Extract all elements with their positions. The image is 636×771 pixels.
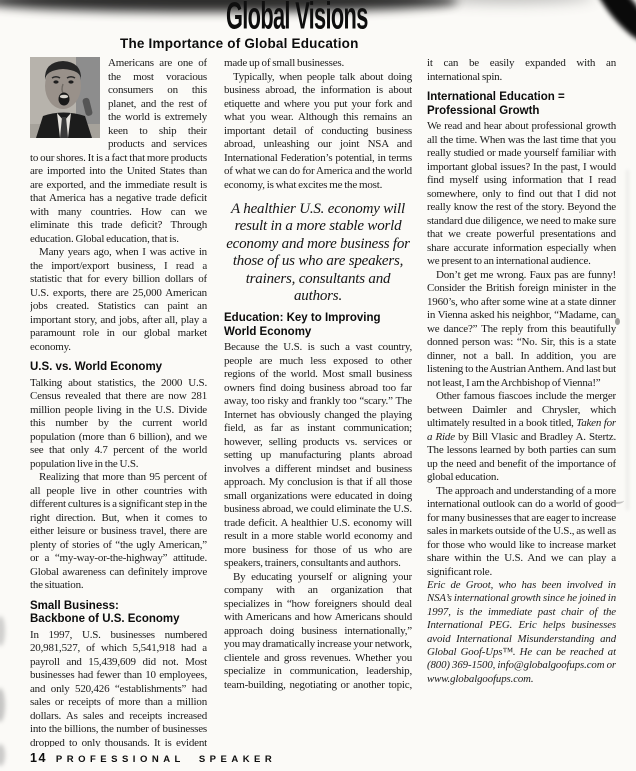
paragraph: By educating yourself or aligning your c… [224, 571, 412, 693]
scan-speck [615, 318, 620, 325]
paragraph: In 1997, U.S. businesses numbered 20,981… [30, 629, 207, 748]
heading-line: World Economy [224, 326, 311, 338]
author-portrait-image [30, 57, 100, 138]
section-heading-small-business: Small Business:Backbone of U.S. Economy [30, 600, 207, 627]
paragraph: Don’t get me wrong. Faux pas are funny! … [427, 269, 616, 391]
paragraph: Other famous fiascoes include the merger… [427, 390, 616, 485]
scan-edge-mark [0, 744, 5, 766]
heading-line: Backbone of U.S. Economy [30, 613, 180, 625]
heading-line: International Education = [427, 91, 565, 103]
heading-line: Education: Key to Improving [224, 312, 381, 324]
scan-edge-mark [0, 688, 5, 722]
heading-line: Professional Growth [427, 105, 539, 117]
column-2: made up of small businesses. Typically, … [224, 57, 412, 747]
column-3: it can be easily expanded with an intern… [427, 57, 616, 747]
paragraph: We read and hear about professional grow… [427, 120, 616, 269]
paragraph: Realizing that more than 95 percent of a… [30, 471, 207, 593]
ink-smudge-right [420, 0, 595, 3]
paragraph-text: by Bill Vlasic and Bradley A. Stertz. Th… [427, 431, 616, 484]
scan-corner-artifact [585, 0, 636, 50]
page-footer: 14PROFESSIONAL SPEAKER [30, 749, 276, 767]
section-heading-education-key: Education: Key to ImprovingWorld Economy [224, 312, 412, 339]
scan-edge-mark [0, 616, 5, 646]
author-bio: Eric de Groot, who has been involved in … [427, 579, 616, 686]
paragraph: Because the U.S. is such a vast country,… [224, 341, 412, 571]
section-heading-international-education: International Education =Professional Gr… [427, 91, 616, 118]
paragraph: Typically, when people talk about doing … [224, 71, 412, 193]
continuation-paragraph: it can be easily expanded with an intern… [427, 57, 616, 84]
page-number: 14 [30, 751, 47, 765]
author-photo [30, 57, 100, 138]
column-1: Americans are one of the most voracious … [30, 57, 207, 747]
magazine-page: Global Visions The Importance of Global … [0, 0, 636, 771]
continuation-paragraph: made up of small businesses. [224, 57, 412, 71]
article-title: The Importance of Global Education [120, 36, 359, 51]
column-masthead: Global Visions [226, 0, 441, 32]
magazine-name: PROFESSIONAL SPEAKER [56, 754, 276, 765]
scan-streak [626, 170, 629, 510]
paragraph: Many years ago, when I was active in the… [30, 246, 207, 354]
heading-line: Small Business: [30, 600, 119, 612]
paragraph: The approach and understanding of a more… [427, 485, 616, 580]
paragraph: Talking about statistics, the 2000 U.S. … [30, 377, 207, 472]
pull-quote: A healthier U.S. economy will result in … [225, 201, 411, 305]
masthead-text: Global Visions [226, 0, 368, 38]
section-heading-us-vs-world: U.S. vs. World Economy [30, 361, 207, 375]
scan-speck [610, 497, 624, 504]
